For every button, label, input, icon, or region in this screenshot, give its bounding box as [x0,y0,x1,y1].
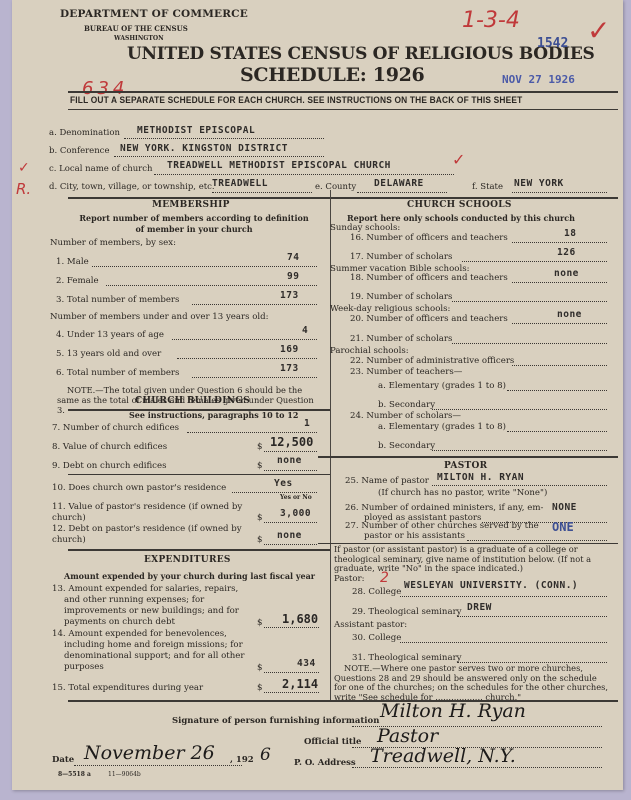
scholars-secondary-line [432,450,607,451]
edifice-value-dollar: $ [257,442,262,452]
assistant-pastors-value: NONE [552,502,577,513]
state-label: f. State [472,182,503,192]
edifice-value-label: 8. Value of church edifices [52,442,167,452]
county-value: DELAWARE [374,178,424,189]
over13-line [177,358,317,359]
expenditures-title: EXPENDITURES [144,555,231,565]
red-margin-mark: R. [16,180,31,198]
red-pastor-mark: 2 [380,570,389,586]
pastor-name-line [432,485,607,486]
membership-title: MEMBERSHIP [152,200,230,210]
church-buildings-title: CHURCH BUILDINGS [135,396,250,406]
benevolences-label: 14. Amount expended for benevolences, in… [52,629,252,673]
college-value: WESLEYAN UNIVERSITY. (CONN.) [404,580,578,591]
date-value: November 26 [84,742,215,764]
summer-officers-label: 18. Number of officers and teachers [350,273,508,283]
weekday-officers-label: 20. Number of officers and teachers [350,314,508,324]
residence-divider [68,474,330,475]
expenditures-divider [68,549,330,551]
college-label: 28. College [352,587,401,597]
other-churches-label-1: 27. Number of other churches served by t… [345,521,539,531]
total-members-age-value: 173 [280,363,299,374]
seminary-line [457,616,607,617]
college-line [400,596,607,597]
teachers-secondary-label: b. Secondary [378,400,435,410]
other-churches-label-2: pastor or his assistants [364,531,465,541]
assistant-pastors-label-1: 26. Number of ordained ministers, if any… [345,503,543,513]
denomination-label: a. Denomination [49,128,120,138]
teachers-secondary-line [432,409,607,410]
bureau-heading: BUREAU OF THE CENSUS [84,24,188,33]
year-suffix: 6 [260,745,271,765]
female-value: 99 [287,271,299,282]
female-line [106,285,317,286]
owns-residence-label: 10. Does church own pastor's residence [52,483,226,493]
pastor-note: NOTE.—Where one pastor serves two or mor… [334,664,609,702]
under13-line [172,339,317,340]
male-label: 1. Male [56,257,89,267]
sunday-officers-value: 18 [564,228,576,239]
total-expenditures-value: 2,114 [282,677,318,691]
pastor-name-hint: (If church has no pastor, write "None") [378,488,547,498]
scholars-elementary-label: a. Elementary (grades 1 to 8) [378,422,506,432]
po-address-line [352,767,602,768]
expenditures-subtitle: Amount expended by your church during la… [64,571,315,581]
denomination-value: METHODIST EPISCOPAL [137,125,255,136]
department-heading: DEPARTMENT OF COMMERCE [60,8,248,20]
teachers-elementary-label: a. Elementary (grades 1 to 8) [378,381,506,391]
year-prefix: , 192 [230,755,254,765]
form-code-1: 8—5518 a [58,771,91,778]
residence-debt-line [264,544,317,545]
stamp-number: 1542 [537,36,568,51]
edifice-debt-dollar: $ [257,461,262,471]
state-line [512,192,607,193]
edifice-value-line [264,451,317,452]
under13-value: 4 [302,325,308,336]
edifices-count-label: 7. Number of church edifices [52,423,179,433]
official-title-value: Pastor [377,725,438,747]
denomination-line [124,138,324,139]
running-expenses-line [264,627,319,628]
summer-scholars-label: 19. Number of scholars [350,292,452,302]
church-buildings-subtitle: See instructions, paragraphs 10 to 12 [129,410,298,420]
conference-label: b. Conference [49,146,109,156]
total-members-label: 3. Total number of members [56,295,179,305]
signature-label: Signature of person furnishing informati… [172,716,379,726]
edifice-value-value: 12,500 [270,435,313,449]
total-members-line [192,304,317,305]
assistant-education-heading: Assistant pastor: [334,620,407,630]
sunday-officers-label: 16. Number of officers and teachers [350,233,508,243]
edifice-debt-line [264,470,317,471]
red-check-icon: ✓ [587,14,610,47]
running-expenses-value: 1,680 [282,612,318,626]
teachers-elementary-line [507,390,607,391]
county-line [357,192,447,193]
parochial-scholars-label: 24. Number of scholars— [350,411,461,421]
county-label: e. County [315,182,356,192]
identification-divider [68,197,618,199]
red-check-icon: ✓ [18,160,30,176]
seminary-label: 29. Theological seminary [352,607,462,617]
schedule-title: SCHEDULE: 1926 [240,64,424,86]
weekday-scholars-line [452,343,607,344]
parochial-admin-label: 22. Number of administrative officers [350,356,514,366]
sunday-scholars-label: 17. Number of scholars [350,252,452,262]
official-title-label: Official title [304,737,361,747]
pastor-name-value: MILTON H. RYAN [437,472,524,483]
church-schools-title: CHURCH SCHOOLS [407,200,512,210]
by-age-heading: Number of members under and over 13 year… [50,312,269,322]
under13-label: 4. Under 13 years of age [56,330,164,340]
residence-value-line [264,522,317,523]
sunday-schools-heading: Sunday schools: [330,223,400,233]
pastor-education-heading: Pastor: [334,574,365,584]
sunday-scholars-value: 126 [557,247,576,258]
city-heading: WASHINGTON [114,35,164,42]
edifice-debt-label: 9. Debt on church edifices [52,461,166,471]
other-churches-line [467,540,607,541]
residence-debt-value: none [277,530,302,541]
seminary-value: DREW [467,602,492,613]
red-check-icon: ✓ [452,150,465,169]
summer-officers-value: none [554,268,579,279]
running-expenses-label: 13. Amount expended for salaries, repair… [52,584,252,628]
parochial-teachers-label: 23. Number of teachers— [350,367,462,377]
graduate-note: If pastor (or assistant pastor) is a gra… [334,545,609,574]
banner-divider [68,109,618,110]
scholars-secondary-label: b. Secondary [378,441,435,451]
sunday-scholars-line [462,261,607,262]
church-schools-subtitle: Report here only schools conducted by th… [347,213,575,223]
edifices-count-value: 1 [304,418,310,429]
census-form-sheet: DEPARTMENT OF COMMERCE BUREAU OF THE CEN… [12,0,623,790]
over13-value: 169 [280,344,299,355]
total-members-age-label: 6. Total number of members [56,368,179,378]
po-address-value: Treadwell, N.Y. [370,745,516,767]
owns-residence-value: Yes [274,478,293,489]
residence-debt-dollar: $ [257,535,262,545]
weekday-officers-value: none [557,309,582,320]
total-members-age-line [192,377,317,378]
running-expenses-dollar: $ [257,618,262,628]
male-value: 74 [287,252,299,263]
asst-seminary-label: 31. Theological seminary [352,653,462,663]
asst-college-line [400,642,607,643]
pastor-divider [318,456,618,458]
female-label: 2. Female [56,276,99,286]
yes-no-hint: Yes or No [280,494,312,501]
residence-value-dollar: $ [257,513,262,523]
pastor-name-label: 25. Name of pastor [345,476,429,486]
weekday-officers-line [512,323,607,324]
red-reference-note: 1-3-4 [462,8,520,33]
edifices-count-line [187,432,317,433]
benevolences-line [264,672,319,673]
local-name-line [154,174,454,175]
form-title: UNITED STATES CENSUS OF RELIGIOUS BODIES [127,44,594,64]
state-value: NEW YORK [514,178,564,189]
date-label: Date [52,755,74,765]
benevolences-value: 434 [297,658,316,669]
male-line [92,266,317,267]
instructions-banner: FILL OUT A SEPARATE SCHEDULE FOR EACH CH… [70,95,522,106]
sunday-officers-line [512,242,607,243]
benevolences-dollar: $ [257,663,262,673]
city-label: d. City, town, village, or township, etc… [49,182,215,192]
conference-line [114,156,324,157]
total-expenditures-label: 15. Total expenditures during year [52,683,203,693]
parochial-admin-line [512,365,607,366]
header-divider [68,91,618,93]
po-address-label: P. O. Address [294,758,356,768]
total-expenditures-dollar: $ [257,683,262,693]
edifice-debt-value: none [277,455,302,466]
residence-value-value: 3,000 [280,508,311,519]
scholars-elementary-line [507,431,607,432]
signature-value: Milton H. Ryan [380,700,526,722]
by-sex-heading: Number of members, by sex: [50,238,176,248]
city-line [212,192,312,193]
conference-value: NEW YORK. KINGSTON DISTRICT [120,143,288,154]
residence-debt-label: 12. Debt on pastor's residence (if owned… [52,524,252,546]
parochial-schools-heading: Parochial schools: [330,346,409,356]
local-name-value: TREADWELL METHODIST EPISCOPAL CHURCH [167,160,391,171]
membership-subtitle: Report number of members according to de… [74,213,314,235]
date-line [74,765,242,766]
other-churches-value: ONE [552,520,574,534]
total-expenditures-line [264,692,319,693]
summer-officers-line [512,282,607,283]
owns-residence-line [232,492,317,493]
weekday-scholars-label: 21. Number of scholars [350,334,452,344]
pastor-title: PASTOR [444,461,487,471]
local-name-label: c. Local name of church [49,164,152,174]
asst-college-label: 30. College [352,633,401,643]
city-value: TREADWELL [212,178,268,189]
over13-label: 5. 13 years old and over [56,349,161,359]
summer-scholars-line [452,301,607,302]
total-members-value: 173 [280,290,299,301]
residence-value-label: 11. Value of pastor's residence (if owne… [52,502,252,524]
received-date-stamp: NOV 27 1926 [502,73,575,86]
weekday-schools-heading: Week-day religious schools: [330,304,450,314]
form-code-2: 11—9064b [108,771,141,778]
